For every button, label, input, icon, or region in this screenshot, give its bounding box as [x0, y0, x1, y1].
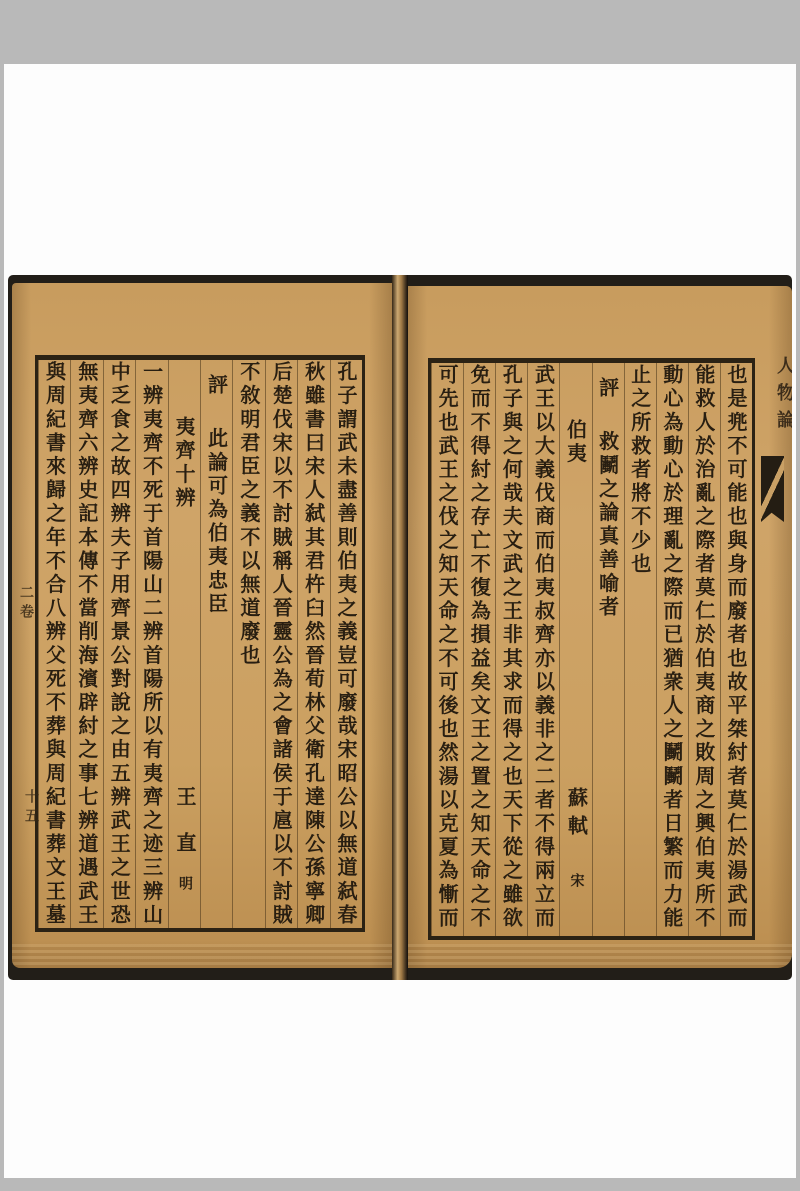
text-column: 武王以大義伐商而伯夷叔齊亦以義非之二者不得兩立而	[527, 363, 559, 936]
text-column: 動心為動心於理亂之際而已猶衆人之鬭鬭者日繁而力能	[656, 363, 688, 936]
column-text: 無夷齊六辨史記本傳不當削海濱辟紂之事七辨道遇武王	[75, 361, 99, 927]
column-text: 一辨夷齊不死于首陽山二辨首陽所以有夷齊之迹三辨山	[140, 361, 164, 927]
column-text: 能救人於治亂之際者莫仁於伯夷商之敗周之興伯夷所不	[692, 364, 716, 930]
text-column: 可先也武王之伐之知天命之不可後也然湯以克夏為慚而	[431, 363, 463, 936]
text-column: 與周紀書來歸之年不合八辨父死不葬與周紀書葬文王墓	[38, 360, 70, 928]
text-column: 免而不得紂之存亡不復為損益矣文王之置之知天命之不	[463, 363, 495, 936]
commentary-text: 此論可為伯夷忠臣	[204, 428, 228, 617]
author-name: 蘇軾	[560, 787, 591, 843]
commentary-column: 評此論可為伯夷忠臣	[200, 360, 232, 928]
left-page: 孔子謂武未盡善則伯夷之義豈可廢哉宋昭公以無道弑春 秋雖書曰宋人弑其君杵臼然晉荀林…	[12, 283, 392, 968]
text-column: 止之所救者將不少也	[624, 363, 656, 936]
page-edge-texture	[408, 944, 792, 968]
column-text: 不敘明君臣之義不以無道廢也	[237, 361, 261, 668]
text-column: 孔子謂武未盡善則伯夷之義豈可廢哉宋昭公以無道弑春	[330, 360, 362, 928]
left-page-text-frame: 孔子謂武未盡善則伯夷之義豈可廢哉宋昭公以無道弑春 秋雖書曰宋人弑其君杵臼然晉荀林…	[35, 355, 365, 932]
folio-title-label: 人物論	[763, 356, 792, 437]
spine-gutter	[392, 275, 408, 980]
dynasty-label: 宋	[560, 873, 591, 887]
section-title: 伯夷	[564, 419, 588, 466]
text-column: 也是兠不可能也與身而廢者也故平桀紂者莫仁於湯武而	[720, 363, 752, 936]
right-page-text-frame: 也是兠不可能也與身而廢者也故平桀紂者莫仁於湯武而 能救人於治亂之際者莫仁於伯夷商…	[428, 358, 755, 940]
scanned-book-page: { "book": { "right_page": { "folio_label…	[0, 0, 800, 1191]
text-column: 能救人於治亂之際者莫仁於伯夷商之敗周之興伯夷所不	[688, 363, 720, 936]
section-title-column: 夷齊十辨 王直 明	[168, 360, 200, 928]
book-spread: 孔子謂武未盡善則伯夷之義豈可廢哉宋昭公以無道弑春 秋雖書曰宋人弑其君杵臼然晉荀林…	[8, 275, 792, 980]
right-page: 也是兠不可能也與身而廢者也故平桀紂者莫仁於湯武而 能救人於治亂之際者莫仁於伯夷商…	[408, 286, 792, 968]
text-column: 孔子與之何哉夫文武之王非其求而得之也天下從之雖欲	[495, 363, 527, 936]
dynasty-label: 明	[169, 876, 200, 890]
text-column: 不敘明君臣之義不以無道廢也	[232, 360, 264, 928]
column-text: 中乏食之故四辨夫子用齊景公對說之由五辨武王之世恐	[107, 361, 131, 927]
text-column: 中乏食之故四辨夫子用齊景公對說之由五辨武王之世恐	[103, 360, 135, 928]
column-text: 也是兠不可能也與身而廢者也故平桀紂者莫仁於湯武而	[724, 364, 748, 930]
column-text: 動心為動心於理亂之際而已猶衆人之鬭鬭者日繁而力能	[660, 364, 684, 930]
column-text: 止之所救者將不少也	[628, 364, 652, 576]
author-name: 王直	[169, 786, 200, 878]
volume-label: 二卷	[16, 585, 36, 623]
page-number-label: 十五	[21, 789, 41, 827]
text-column: 無夷齊六辨史記本傳不當削海濱辟紂之事七辨道遇武王	[70, 360, 102, 928]
commentary-column: 評救鬭之論真善喻者	[592, 363, 624, 936]
commentary-text: 救鬭之論真善喻者	[596, 431, 620, 620]
column-text: 可先也武王之伐之知天命之不可後也然湯以克夏為慚而	[435, 364, 459, 930]
section-title: 夷齊十辨	[172, 416, 196, 510]
review-label: 評	[204, 374, 228, 398]
column-text: 免而不得紂之存亡不復為損益矣文王之置之知天命之不	[467, 364, 491, 930]
column-text: 孔子與之何哉夫文武之王非其求而得之也天下從之雖欲	[499, 364, 523, 930]
section-title-column: 伯夷 蘇軾 宋	[559, 363, 591, 936]
text-column: 一辨夷齊不死于首陽山二辨首陽所以有夷齊之迹三辨山	[135, 360, 167, 928]
page-edge-texture	[12, 944, 392, 968]
fishtail-mark	[761, 456, 784, 522]
text-column: 后楚伐宋以不討賊稱人晉靈公為之會諸侯于扈以不討賊	[265, 360, 297, 928]
column-text: 與周紀書來歸之年不合八辨父死不葬與周紀書葬文王墓	[42, 361, 66, 927]
column-text: 后楚伐宋以不討賊稱人晉靈公為之會諸侯于扈以不討賊	[269, 361, 293, 927]
column-text: 孔子謂武未盡善則伯夷之義豈可廢哉宋昭公以無道弑春	[334, 361, 358, 927]
column-text: 武王以大義伐商而伯夷叔齊亦以義非之二者不得兩立而	[531, 364, 555, 930]
review-label: 評	[596, 377, 620, 401]
text-column: 秋雖書曰宋人弑其君杵臼然晉荀林父衛孔達陳公孫寧卿	[297, 360, 329, 928]
column-text: 秋雖書曰宋人弑其君杵臼然晉荀林父衛孔達陳公孫寧卿	[302, 361, 326, 927]
